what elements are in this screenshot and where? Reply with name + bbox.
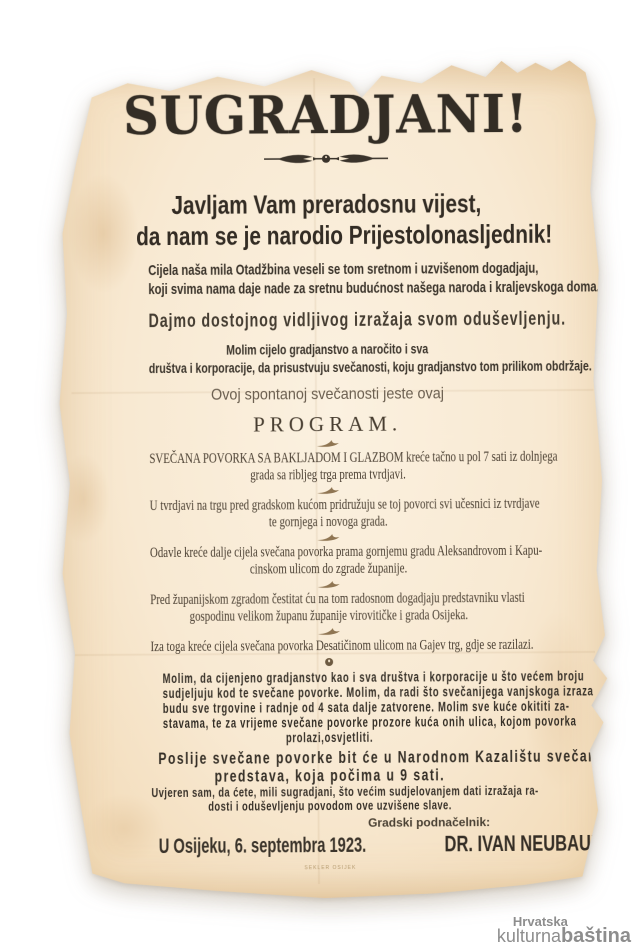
- watermark: Hrvatska kulturnabaština: [497, 915, 631, 946]
- notice-paragraph: Molim, da cijenjeno gradjanstvo kao i sv…: [91, 669, 567, 747]
- program-item: U tvrdjavi na trgu pred gradskom kućom p…: [90, 496, 566, 533]
- program-intro-line: Ovoj spontanoj svečanosti jeste ovaj: [113, 384, 542, 407]
- watermark-regular: kulturna: [497, 926, 561, 946]
- text-line: Pred županijskom zgradom čestitat ću na …: [150, 590, 507, 609]
- text-line: grada sa ribljeg trga prema tvrdjavi.: [149, 466, 506, 485]
- printer-mark: SEKLER OSIJEK: [92, 864, 568, 873]
- closing-paragraph: Uvjeren sam, da ćete, mili sugradjani, š…: [92, 785, 568, 815]
- text-line: Poslije svečane povorke bit će u Narodno…: [158, 747, 501, 767]
- text-line: SVEČANA POVORKA SA BAKLJADOM I GLAZBOM k…: [149, 449, 506, 468]
- appeal-line: Dajmo dostojnog vidljivog izražaja svom …: [148, 308, 505, 334]
- signature-role: Gradski podnačelnik:: [92, 816, 568, 832]
- text-line: U tvrdjavi na trgu pred gradskom kućom p…: [150, 496, 507, 515]
- poster-content: SUGRADJANI! Javljam Vam preradosnu vijes…: [87, 51, 568, 873]
- poster-paper: SUGRADJANI! Javljam Vam preradosnu vijes…: [49, 50, 620, 905]
- text-line: te gornjega i novoga grada.: [150, 513, 507, 532]
- program-item: Pred županijskom zgradom čestitat ću na …: [91, 590, 567, 627]
- text-line: Odavle kreće dalje cijela svečana povork…: [150, 543, 507, 562]
- text-line: predstava, koja počima u 9 sati.: [158, 764, 501, 784]
- program-item: SVEČANA POVORKA SA BAKLJADOM I GLAZBOM k…: [90, 449, 566, 486]
- text-line: da nam se je narodio Prijestolonasljedni…: [136, 219, 517, 252]
- program-item: Iza toga kreće cijela svečana povorka De…: [91, 637, 567, 657]
- text-line: prolazi,osvjetliti.: [163, 729, 496, 746]
- text-line: dosti i oduševljenju povodom ove uzvišen…: [151, 798, 508, 814]
- watermark-bold: baština: [561, 925, 631, 947]
- theatre-announcement: Poslije svečane povorke bit će u Narodno…: [92, 747, 568, 785]
- signature-name: DR. IVAN NEUBAUER, v. r.: [445, 830, 633, 857]
- spindle-divider-ornament: [88, 151, 564, 167]
- floral-bullet-icon: [91, 656, 567, 669]
- program-heading: PROGRAM.: [90, 411, 566, 438]
- signature-row: U Osijeku, 6. septembra 1923. DR. IVAN N…: [92, 831, 568, 860]
- announcement-headline: Javljam Vam preradosnu vijest, da nam se…: [88, 188, 564, 253]
- text-line: Cijela naša mila Otadžbina veseli se tom…: [148, 260, 505, 281]
- photo-background: SUGRADJANI! Javljam Vam preradosnu vijes…: [0, 0, 633, 951]
- intro-paragraph: Cijela naša mila Otadžbina veseli se tom…: [89, 260, 565, 300]
- program-item: Odavle kreće dalje cijela svečana povork…: [90, 543, 566, 580]
- text-line: Iza toga kreće cijela svečana povorka De…: [150, 637, 507, 656]
- text-line: društva i korporacije, da prisustvuju sv…: [149, 357, 506, 377]
- text-line: Molim cijelo gradjanstvo a naročito i sv…: [149, 339, 506, 359]
- text-line: koji svima nama daje nade za sretnu budu…: [148, 278, 505, 299]
- text-line: Javljam Vam preradosnu vijest,: [136, 188, 517, 221]
- poster-title: SUGRADJANI!: [100, 87, 553, 146]
- poster-wrapper: SUGRADJANI! Javljam Vam preradosnu vijes…: [49, 50, 620, 905]
- request-paragraph: Molim cijelo gradjanstvo a naročito i sv…: [89, 339, 565, 378]
- text-line: cinskom ulicom do zgrade županije.: [150, 560, 507, 579]
- text-line: gospodinu velikom županu županije virovi…: [150, 607, 507, 626]
- watermark-bottom-text: kulturnabaština: [497, 926, 631, 946]
- place-date: U Osijeku, 6. septembra 1923.: [159, 834, 367, 859]
